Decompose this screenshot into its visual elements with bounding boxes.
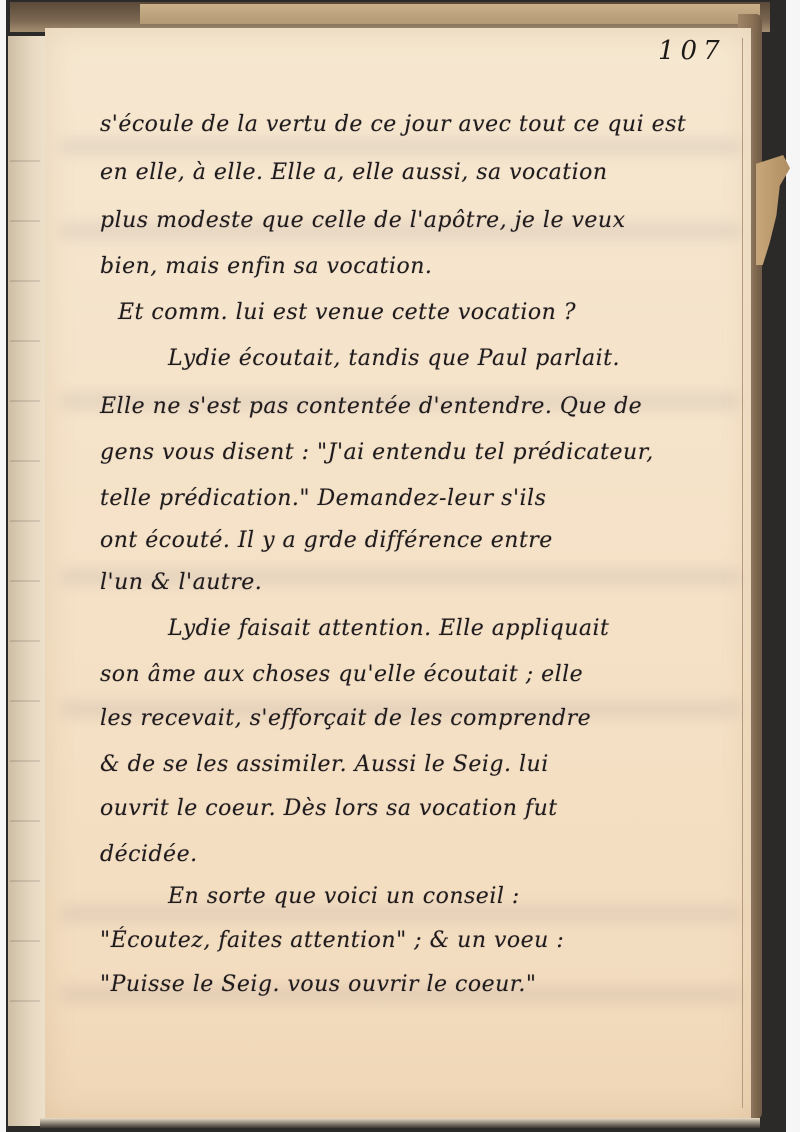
text-line-17: décidée.	[100, 842, 198, 867]
text-line-15: & de se les assimiler. Aussi le Seig. lu…	[100, 752, 549, 777]
text-line-1: s'écoule de la vertu de ce jour avec tou…	[100, 112, 686, 137]
text-line-10: ont écouté. Il y a grde différence entre	[100, 528, 553, 553]
text-line-18: En sorte que voici un conseil :	[168, 884, 520, 909]
text-line-4: bien, mais enfin sa vocation.	[100, 254, 432, 279]
text-line-5: Et comm. lui est venue cette vocation ?	[118, 300, 576, 325]
text-line-7: Elle ne s'est pas contentée d'entendre. …	[100, 394, 642, 419]
book-bottom-edge	[40, 1118, 760, 1128]
page-border-line	[742, 38, 743, 1108]
text-line-3: plus modeste que celle de l'apôtre, je l…	[100, 208, 626, 233]
text-line-9: telle prédication." Demandez-leur s'ils	[100, 486, 546, 511]
text-line-20: "Puisse le Seig. vous ouvrir le coeur."	[100, 972, 537, 997]
facing-page-writing	[10, 120, 40, 1020]
text-line-13: son âme aux choses qu'elle écoutait ; el…	[100, 662, 583, 687]
text-line-16: ouvrit le coeur. Dès lors sa vocation fu…	[100, 796, 558, 821]
page-number: 107	[658, 36, 726, 66]
ink-bleed	[60, 138, 740, 156]
text-line-8: gens vous disent : "J'ai entendu tel pré…	[100, 440, 654, 465]
text-line-14: les recevait, s'efforçait de les compren…	[100, 706, 591, 731]
text-line-11: l'un & l'autre.	[100, 570, 262, 595]
text-line-12: Lydie faisait attention. Elle appliquait	[168, 616, 609, 641]
text-line-19: "Écoutez, faites attention" ; & un voeu …	[100, 928, 564, 953]
text-line-2: en elle, à elle. Elle a, elle aussi, sa …	[100, 160, 608, 185]
text-line-6: Lydie écoutait, tandis que Paul parlait.	[168, 346, 620, 371]
book-top-edge-highlight	[140, 4, 760, 24]
